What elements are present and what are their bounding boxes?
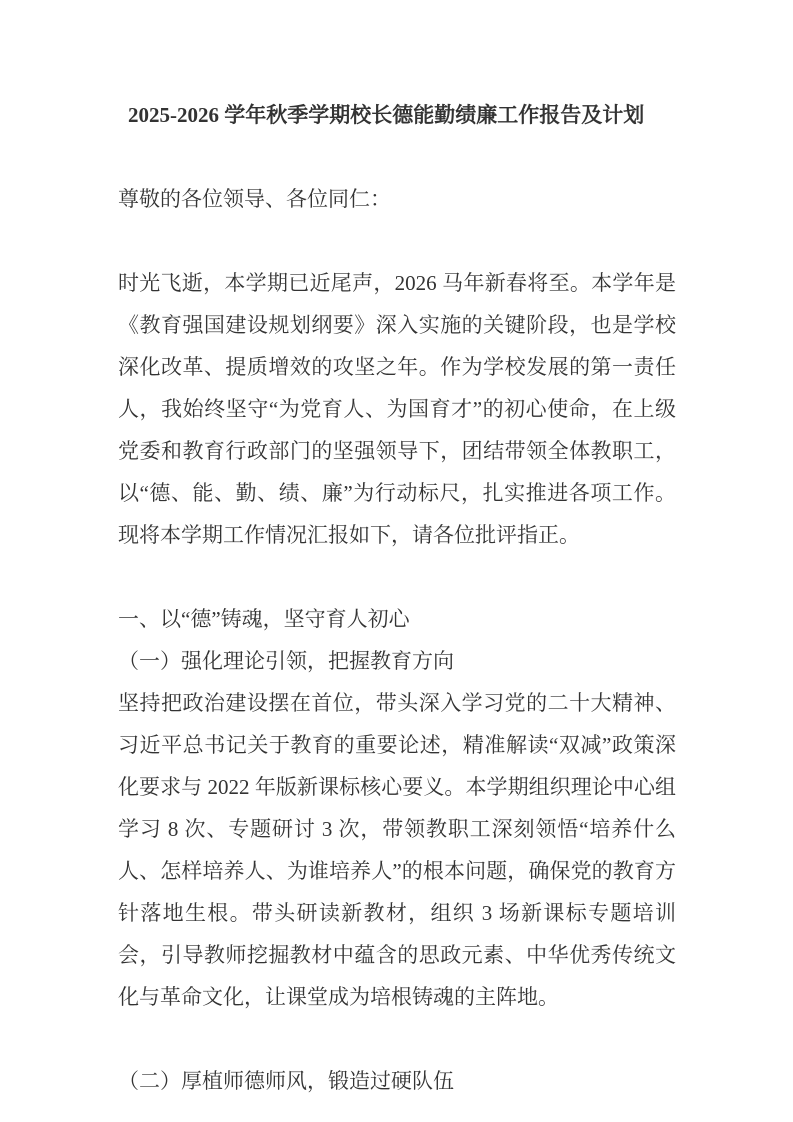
document-title: 2025-2026 学年秋季学期校长德能勤绩廉工作报告及计划 xyxy=(118,94,676,136)
section-1-sub-1-heading: （一）强化理论引领，把握教育方向 xyxy=(118,640,676,682)
section-1-sub-1-body: 坚持把政治建设摆在首位，带头深入学习党的二十大精神、习近平总书记关于教育的重要论… xyxy=(118,682,676,1018)
intro-paragraph: 时光飞逝，本学期已近尾声，2026 马年新春将至。本学年是《教育强国建设规划纲要… xyxy=(118,262,676,556)
section-1-sub-2-heading: （二）厚植师德师风，锻造过硬队伍 xyxy=(118,1060,676,1102)
document-page: 2025-2026 学年秋季学期校长德能勤绩廉工作报告及计划 尊敬的各位领导、各… xyxy=(0,0,793,1122)
salutation: 尊敬的各位领导、各位同仁： xyxy=(118,178,676,220)
section-1-heading: 一、以“德”铸魂，坚守育人初心 xyxy=(118,598,676,640)
